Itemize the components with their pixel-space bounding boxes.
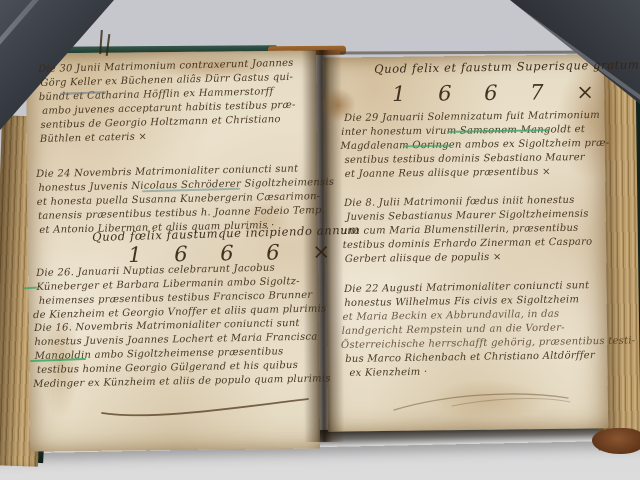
photograph-of-open-manuscript-register: Die 30 Junii Matrimonium contraxerunt Jo… xyxy=(0,0,640,480)
pen-flourish xyxy=(98,396,313,420)
register-entry: Die 22 Augusti Matrimonialiter coniuncti… xyxy=(344,278,636,381)
register-entry: Die 16. Novembris Matrimonialiter coniun… xyxy=(34,316,331,392)
year-numerals: 1 6 6 7 × xyxy=(392,80,607,106)
leather-clasp-remnant xyxy=(592,428,640,454)
register-entry: Die 8. Julii Matrimonii fœdus iniit hone… xyxy=(344,194,593,267)
register-entry: Die 29 Januarii Solemnizatum fuit Matrim… xyxy=(344,109,610,182)
register-entry: Die 30 Junii Matrimonium contraxerunt Jo… xyxy=(38,57,297,147)
register-entry: Die 26. Januarii Nuptias celebrarunt Jac… xyxy=(36,260,327,323)
pen-flourish xyxy=(392,388,572,416)
year-numerals-right: 1 6 6 7 × xyxy=(392,80,607,106)
